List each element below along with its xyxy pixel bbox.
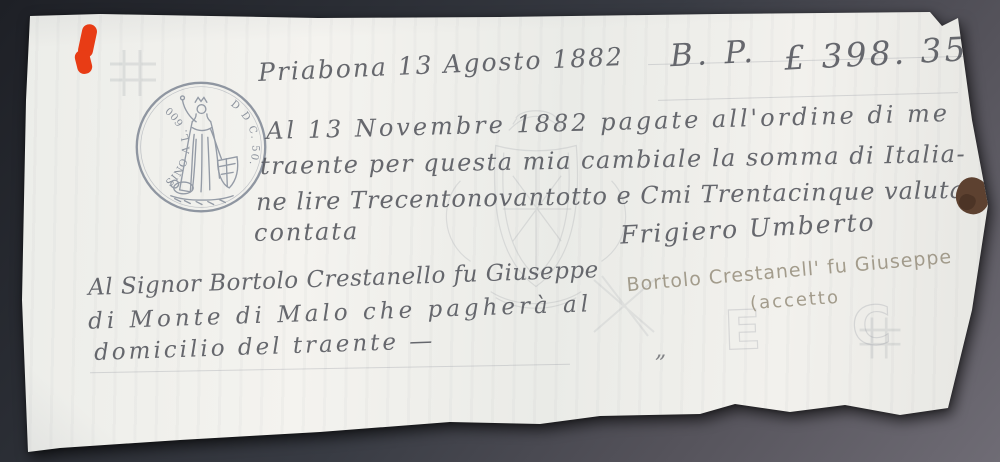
document-photo: E C SINO A L. 600. D D C. 50. <box>18 8 996 456</box>
stamp-allegorical-figure-icon <box>171 96 238 205</box>
document-paper: E C SINO A L. 600. D D C. 50. <box>18 8 996 456</box>
body-line-1: Al 13 Novembre 1882 pagate all'ordine di… <box>266 99 951 145</box>
payee-line-3: domicilio del traente — <box>94 328 436 366</box>
body-line-4: contata <box>254 217 360 247</box>
feint-line <box>90 364 570 373</box>
ditto-mark: „ <box>655 338 666 363</box>
dateline: Priabona 13 Agosto 1882 <box>258 42 625 87</box>
red-marker-stroke <box>74 24 100 76</box>
amount-value: £ 398. 35 <box>783 29 969 78</box>
drawer-signature: Frigiero Umberto <box>619 207 876 249</box>
revenue-stamp: SINO A L. 600. D D C. 50. <box>128 80 274 218</box>
acceptor-pencil-signature: Bortolo Crestanell' fu Giuseppe <box>626 246 953 296</box>
body-line-2: traente per questa mia cambiale la somma… <box>260 140 966 180</box>
amount-prefix: B. P. <box>669 34 758 74</box>
